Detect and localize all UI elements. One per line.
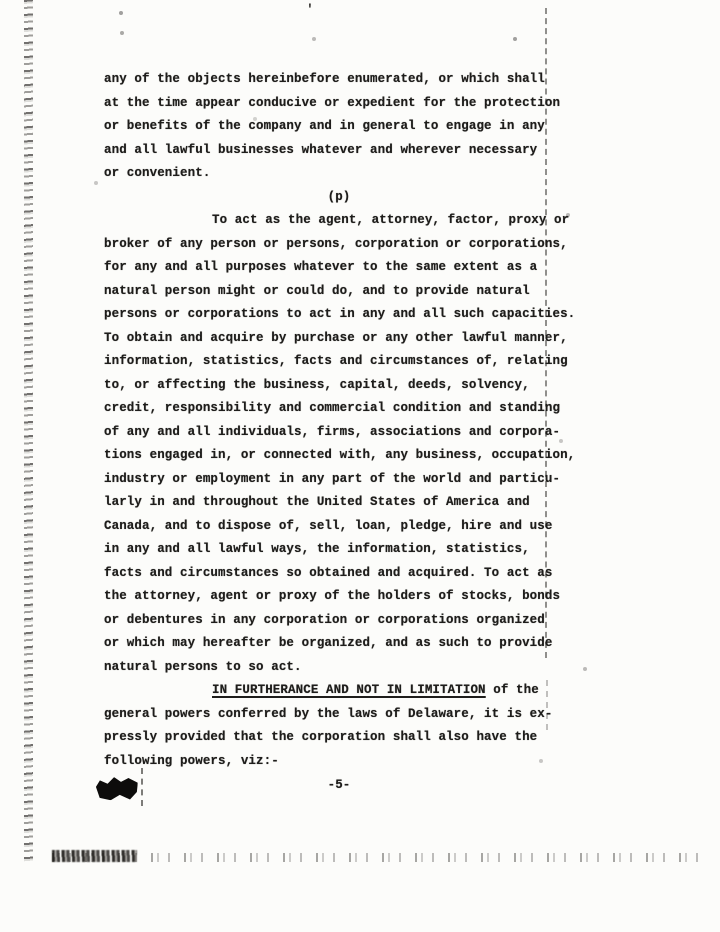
text-line: in any and all lawful ways, the informat…	[104, 538, 574, 562]
text-line: persons or corporations to act in any an…	[104, 303, 574, 327]
scan-edge-noise-strip	[24, 0, 33, 862]
text-line: to, or affecting the business, capital, …	[104, 374, 574, 398]
text-line: information, statistics, facts and circu…	[104, 350, 574, 374]
text-line: general powers conferred by the laws of …	[104, 703, 574, 727]
text-line: natural persons to so act.	[104, 656, 574, 680]
text-line: To act as the agent, attorney, factor, p…	[104, 209, 574, 233]
text-line: for any and all purposes whatever to the…	[104, 256, 574, 280]
page-number: -5-	[104, 775, 574, 795]
text-line: any of the objects hereinbefore enumerat…	[104, 68, 574, 92]
text-line: facts and circumstances so obtained and …	[104, 562, 574, 586]
text-line: natural person might or could do, and to…	[104, 280, 574, 304]
text-line: pressly provided that the corporation sh…	[104, 726, 574, 750]
stray-mark: '	[306, 2, 314, 17]
text-line: credit, responsibility and commercial co…	[104, 397, 574, 421]
text-line: larly in and throughout the United State…	[104, 491, 574, 515]
text-line: or which may hereafter be organized, and…	[104, 632, 574, 656]
heading-line: IN FURTHERANCE AND NOT IN LIMITATION of …	[104, 679, 574, 703]
text-line: or debentures in any corporation or corp…	[104, 609, 574, 633]
text-line: or benefits of the company and in genera…	[104, 115, 574, 139]
text-line: of any and all individuals, firms, assoc…	[104, 421, 574, 445]
text-line: industry or employment in any part of th…	[104, 468, 574, 492]
text-line: (p)	[104, 186, 574, 210]
text-line: tions engaged in, or connected with, any…	[104, 444, 574, 468]
text-line: Canada, and to dispose of, sell, loan, p…	[104, 515, 574, 539]
text-line: at the time appear conducive or expedien…	[104, 92, 574, 116]
scan-bottom-noise-cluster	[52, 850, 137, 862]
text-line: To obtain and acquire by purchase or any…	[104, 327, 574, 351]
text-line: following powers, viz:-	[104, 750, 574, 774]
text-line: or convenient.	[104, 162, 574, 186]
text-line: broker of any person or persons, corpora…	[104, 233, 574, 257]
text-line: the attorney, agent or proxy of the hold…	[104, 585, 574, 609]
scan-bottom-noise-band	[52, 853, 707, 862]
text-line: and all lawful businesses whatever and w…	[104, 139, 574, 163]
scanned-document-page: { "colors": { "page_bg": "#fcfcfa", "ink…	[0, 0, 720, 932]
document-text: any of the objects hereinbefore enumerat…	[104, 68, 574, 795]
underlined-heading: IN FURTHERANCE AND NOT IN LIMITATION	[212, 683, 486, 697]
scan-specks	[0, 0, 2, 2]
